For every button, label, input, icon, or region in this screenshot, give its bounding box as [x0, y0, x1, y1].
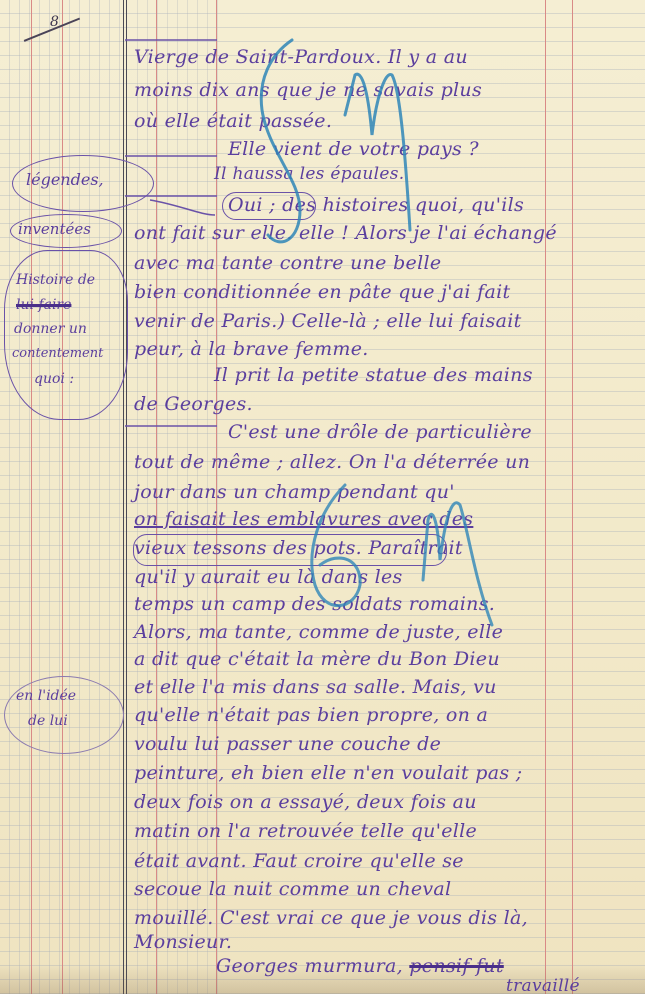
- blue-pencil-marks: [0, 0, 645, 994]
- mark-6m-icon: [312, 485, 492, 625]
- mark-sm-icon: [261, 40, 410, 242]
